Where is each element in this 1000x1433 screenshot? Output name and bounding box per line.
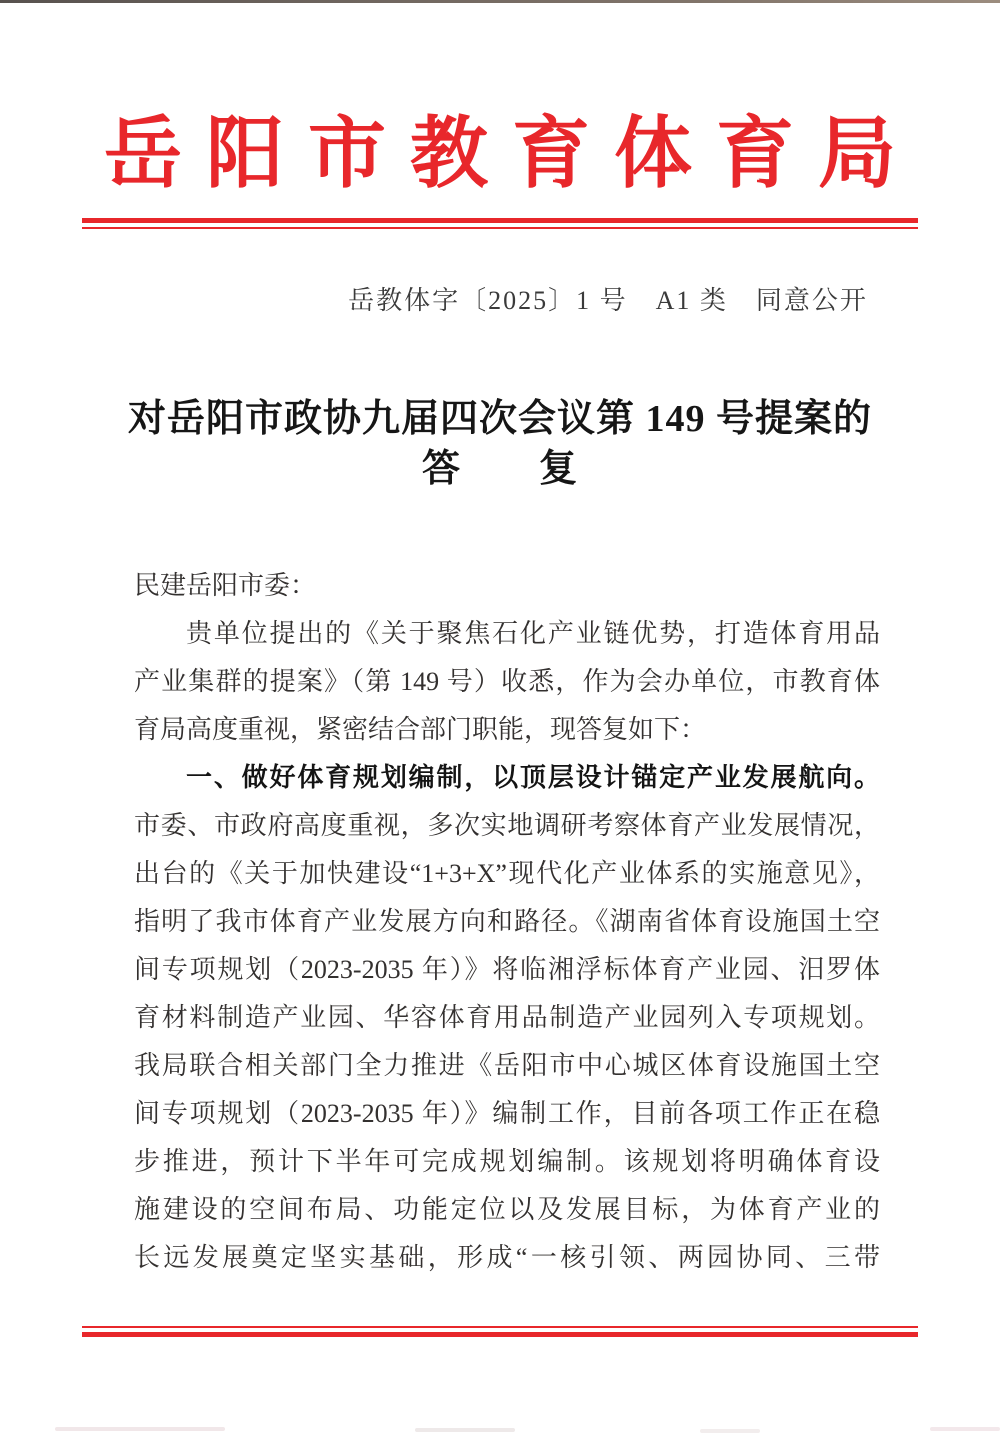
agency-header-title: 岳阳市教育体育局 — [0, 104, 1000, 204]
body-line: 步推进，预计下半年可完成规划编制。该规划将明确体育设 — [134, 1138, 880, 1186]
body-line: 施建设的空间布局、功能定位以及发展目标，为体育产业的 — [134, 1186, 880, 1234]
document-body: 民建岳阳市委： 贵单位提出的《关于聚焦石化产业链优势，打造体育用品 产业集群的提… — [134, 562, 880, 1282]
body-line: 间专项规划（2023-2035 年）》将临湘浮标体育产业园、汨罗体 — [134, 946, 880, 994]
document-page: 岳阳市教育体育局 岳教体字〔2025〕1 号 A1 类 同意公开 对岳阳市政协九… — [0, 0, 1000, 1433]
body-line: 育局高度重视，紧密结合部门职能，现答复如下： — [134, 706, 880, 754]
document-title-line2: 答 复 — [0, 444, 1000, 494]
body-line: 指明了我市体育产业发展方向和路径。《湖南省体育设施国土空 — [134, 898, 880, 946]
scan-smudge — [415, 1428, 515, 1432]
footer-rule-thin — [82, 1326, 918, 1328]
scan-smudge — [930, 1427, 1000, 1431]
document-title-line1: 对岳阳市政协九届四次会议第 149 号提案的 — [0, 394, 1000, 444]
header-rule-thin — [82, 227, 918, 229]
body-line: 间专项规划（2023-2035 年）》编制工作，目前各项工作正在稳 — [134, 1090, 880, 1138]
body-line: 出台的《关于加快建设“1+3+X”现代化产业体系的实施意见》， — [134, 850, 880, 898]
header-rule-thick — [82, 218, 918, 223]
body-line: 我局联合相关部门全力推进《岳阳市中心城区体育设施国土空 — [134, 1042, 880, 1090]
body-line: 长远发展奠定坚实基础，形成“一核引领、两园协同、三带 — [134, 1234, 880, 1282]
body-line-heading: 一、做好体育规划编制，以顶层设计锚定产业发展航向。 — [134, 754, 880, 802]
body-line: 贵单位提出的《关于聚焦石化产业链优势，打造体育用品 — [134, 610, 880, 658]
body-line: 市委、市政府高度重视，多次实地调研考察体育产业发展情况， — [134, 802, 880, 850]
footer-rule-thick — [82, 1332, 918, 1337]
body-line: 产业集群的提案》（第 149 号）收悉，作为会办单位，市教育体 — [134, 658, 880, 706]
scan-smudge — [700, 1429, 760, 1433]
document-number: 岳教体字〔2025〕1 号 A1 类 同意公开 — [216, 284, 1000, 318]
body-line: 育材料制造产业园、华容体育用品制造产业园列入专项规划。 — [134, 994, 880, 1042]
scan-smudge — [55, 1427, 225, 1431]
scan-edge-top — [0, 0, 1000, 3]
document-title: 对岳阳市政协九届四次会议第 149 号提案的 答 复 — [0, 394, 1000, 494]
body-line-salutation: 民建岳阳市委： — [134, 562, 880, 610]
